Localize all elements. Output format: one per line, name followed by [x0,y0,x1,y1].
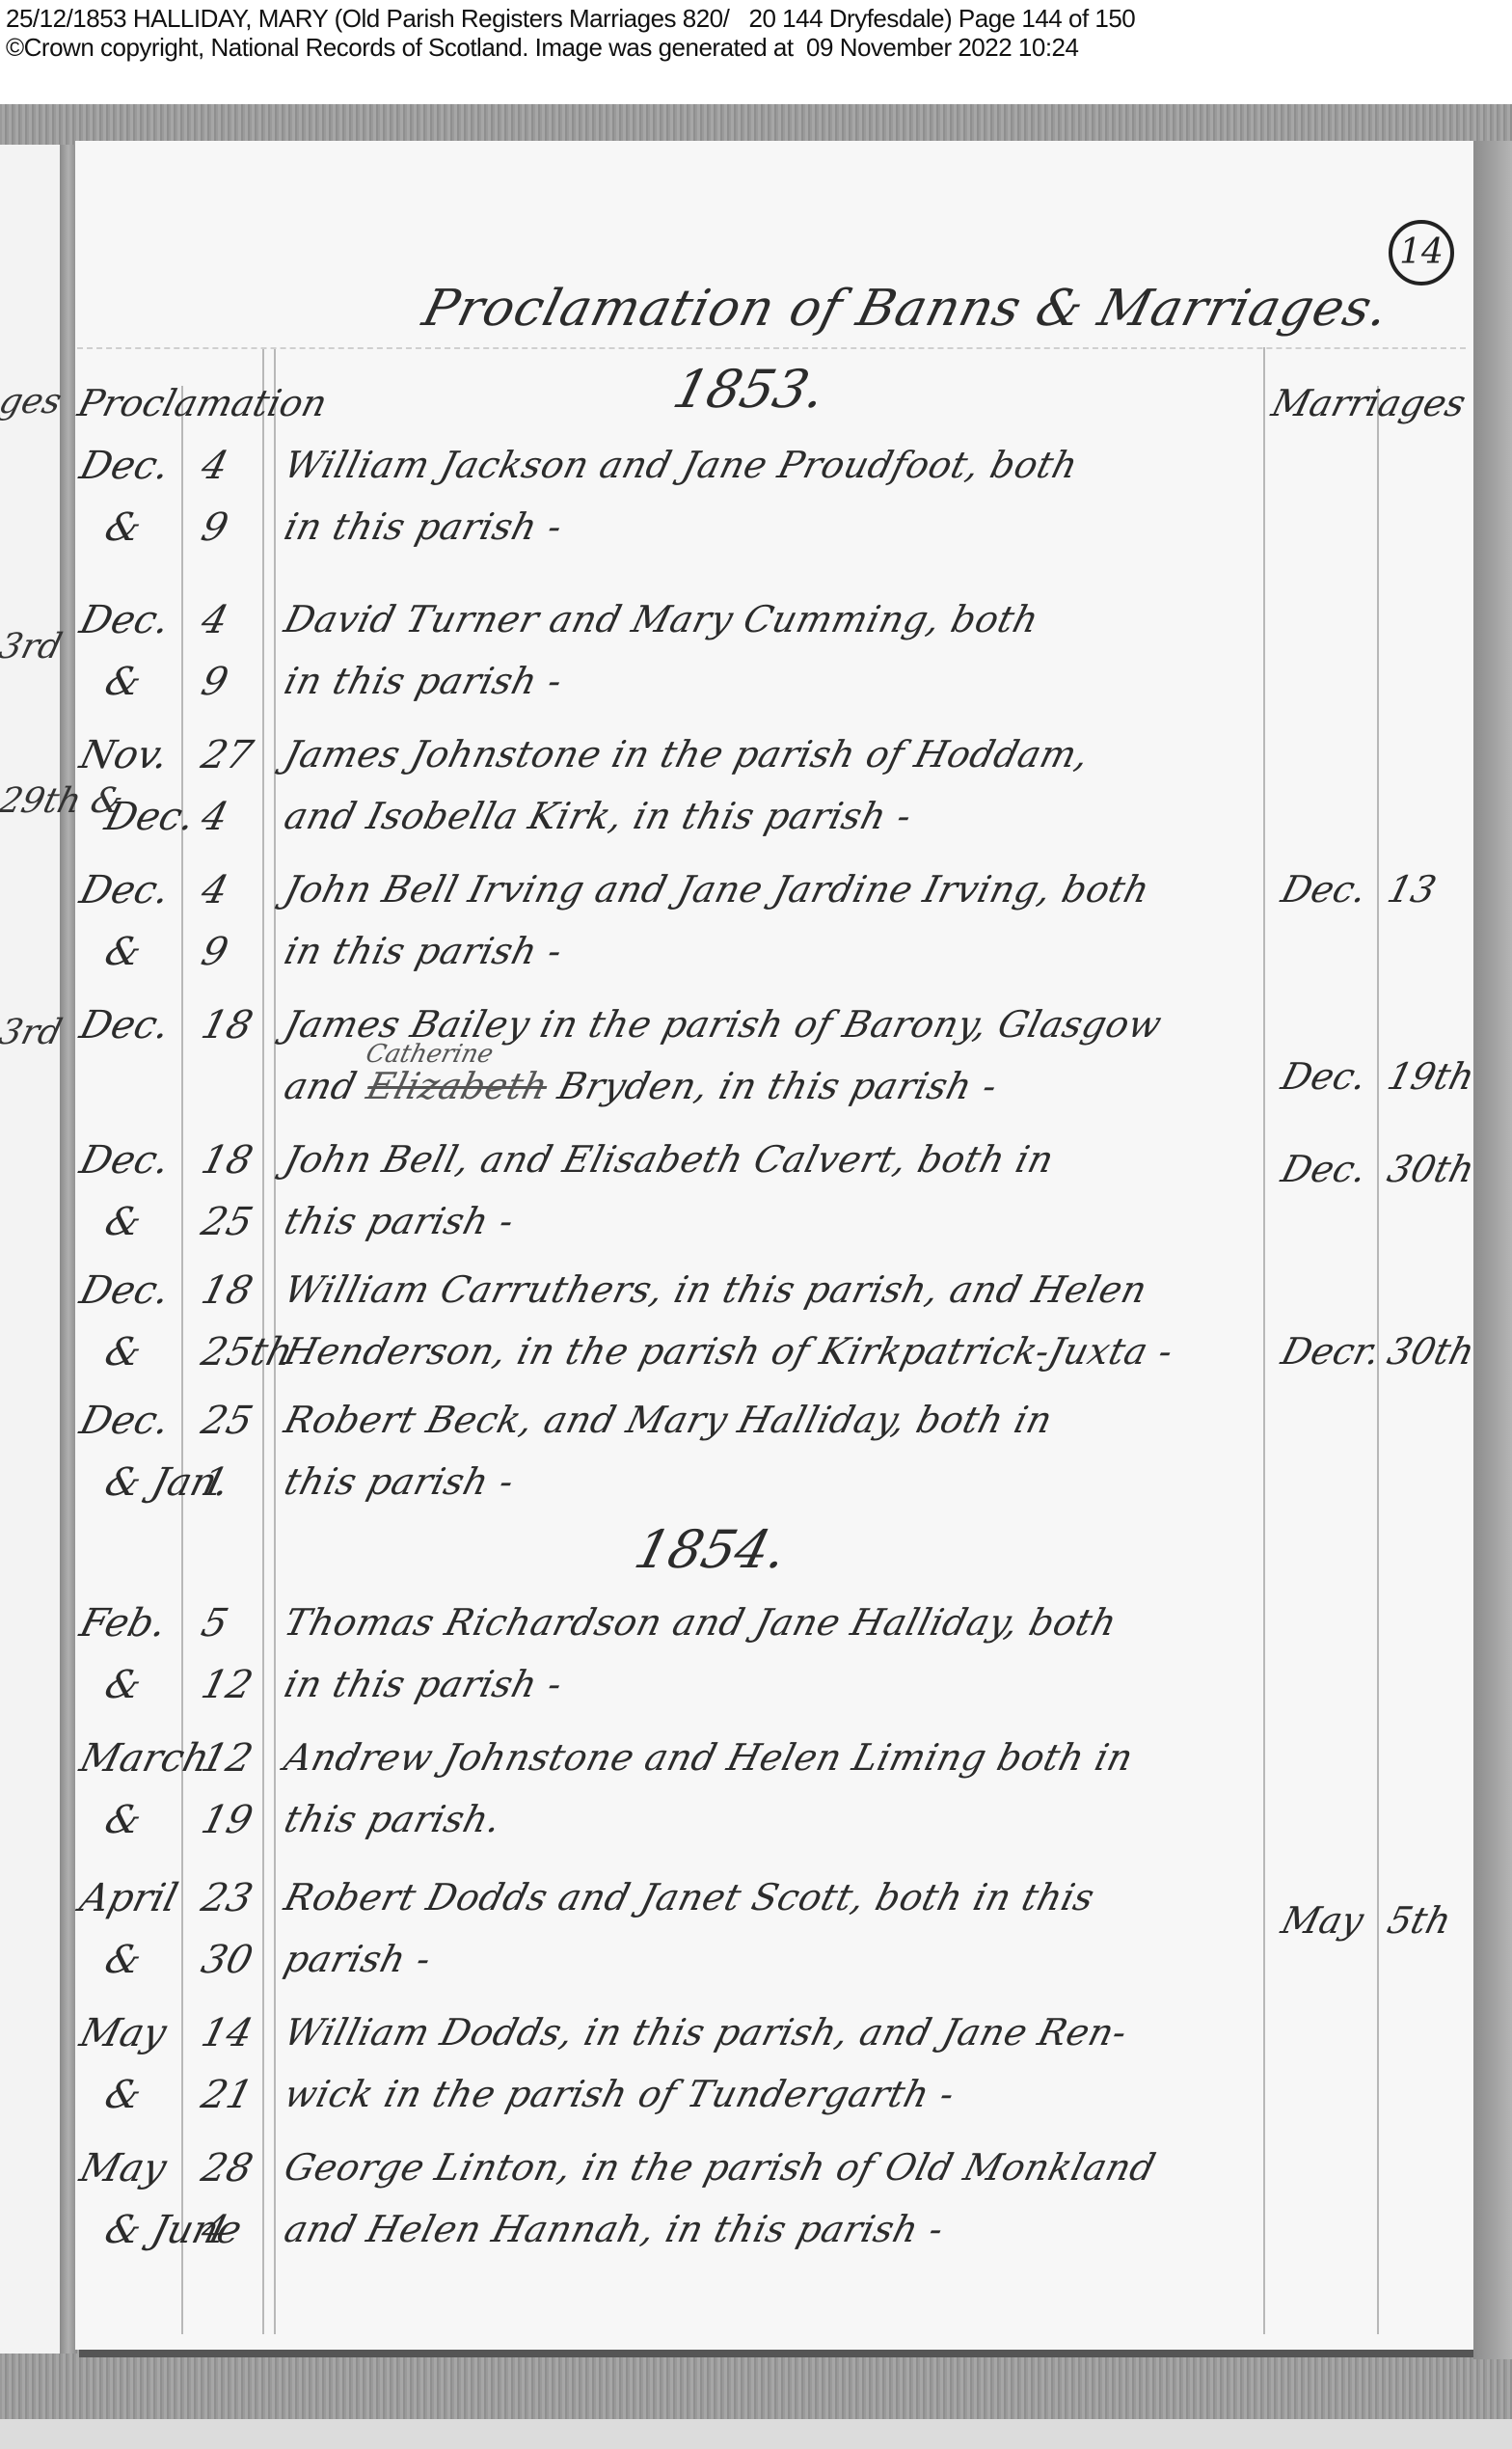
marriage-month: Decr. [1278,1330,1385,1373]
entry-line-2: in this parish - [281,1663,567,1705]
entry-line-1: William Carruthers, in this parish, and … [281,1268,1152,1311]
entry-line-1: David Turner and Mary Cumming, both [281,598,1043,640]
proclamation-month-1: Dec. [75,598,174,642]
proclamation-month-1: Dec. [75,1138,174,1183]
scan-bottom-margin [0,2419,1512,2449]
entry-line-1: James Johnstone in the parish of Hoddam, [281,733,1094,776]
entry-line-2: wick in the parish of Tundergarth - [281,2073,959,2115]
left-fragment-1: ges [0,382,66,422]
entry-text: Bryden, in this parish - [542,1065,1002,1107]
marriage-day: 30th [1384,1330,1479,1373]
year-1854: 1854. [629,1519,793,1580]
entry-text: and [281,1065,374,1107]
struck-word: Elizabeth [363,1065,553,1107]
proclamation-month-1: Dec. [75,1003,174,1048]
entry-line-2: parish - [281,1938,436,1980]
proclamation-month-1: Nov. [75,733,173,777]
entry-line-1: John Bell, and Elisabeth Calvert, both i… [281,1138,1059,1181]
page-number-circled: 14 [1389,220,1454,286]
left-fragment-2: 3rd [0,627,66,667]
rule-marriage-day [1377,386,1379,2334]
proclamation-month-1: Dec. [75,1268,174,1313]
column-proclamation: Proclamation [74,382,332,424]
entry-line-1: Robert Beck, and Mary Halliday, both in [281,1399,1057,1441]
entry-line-1: George Linton, in the parish of Old Monk… [281,2146,1160,2189]
proclamation-month-1: Dec. [75,444,174,488]
left-fragment-4: 3rd [0,1013,66,1052]
marriage-month: Dec. [1278,1148,1371,1190]
entry-line-2: this parish - [281,1200,519,1242]
proclamation-month-1: March [75,1736,214,1781]
marriage-month: May [1278,1899,1368,1942]
entry-line-1: Robert Dodds and Janet Scott, both in th… [281,1876,1099,1918]
entry-line-2: in this parish - [281,930,567,972]
proclamation-month-1: May [75,2011,171,2055]
register-title: Proclamation of Banns & Marriages. [418,280,1395,338]
entry-line-1: John Bell Irving and Jane Jardine Irving… [281,868,1154,911]
proclamation-month-1: Dec. [75,868,174,912]
proclamation-month-2: Dec. [100,795,199,839]
entry-line-2: this parish. [281,1798,506,1840]
entry-line-2: and Helen Hannah, in this parish - [281,2208,949,2250]
entry-line-1: William Jackson and Jane Proudfoot, both [281,444,1083,486]
rule-entry-end [1263,347,1265,2334]
marriage-day: 5th [1384,1899,1456,1942]
entry-line-2-corrected: and Elizabeth Bryden, in this parish - [281,1065,1002,1107]
record-title: 25/12/1853 HALLIDAY, MARY (Old Parish Re… [6,4,1135,34]
proclamation-month-1: Dec. [75,1399,174,1443]
entry-line-1: Thomas Richardson and Jane Halliday, bot… [281,1601,1121,1644]
proclamation-month-1: April [75,1876,182,1920]
entry-line-1: William Dodds, in this parish, and Jane … [281,2011,1132,2054]
entry-line-2: and Isobella Kirk, in this parish - [281,795,917,837]
entry-line-2: in this parish - [281,505,567,548]
image-caption-header: 25/12/1853 HALLIDAY, MARY (Old Parish Re… [0,0,1512,104]
marriage-day: 19th [1384,1055,1479,1098]
copyright-notice: ©Crown copyright, National Records of Sc… [6,33,1078,63]
entry-line-2: Henderson, in the parish of Kirkpatrick-… [281,1330,1178,1373]
proclamation-month-1: Feb. [75,1601,171,1646]
interlinear-correction: Catherine [363,1040,496,1069]
entry-line-1: Andrew Johnstone and Helen Liming both i… [281,1736,1138,1779]
marriage-month: Dec. [1278,1055,1371,1098]
marriage-month: Dec. [1278,868,1371,911]
proclamation-month-1: May [75,2146,171,2190]
entry-line-2: in this parish - [281,660,567,702]
column-marriages: Marriages [1268,382,1471,424]
entry-line-2: this parish - [281,1460,519,1503]
year-1853: 1853. [667,359,831,420]
rule-header [77,347,1466,349]
marriage-day: 30th [1384,1148,1479,1190]
rule-month-day [181,386,183,2334]
page-edge-shadow [1473,141,1512,2359]
